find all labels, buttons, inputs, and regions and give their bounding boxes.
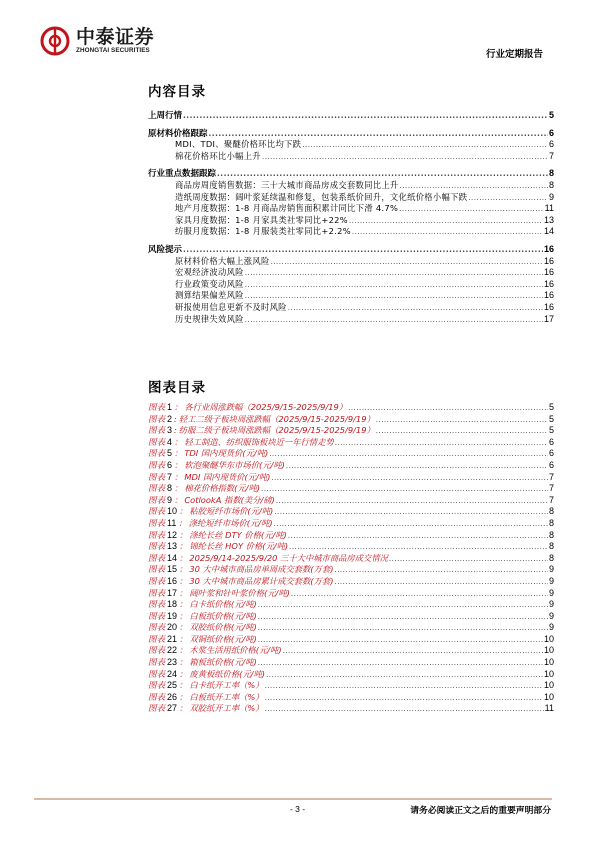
leader-dots — [348, 402, 548, 414]
leader-dots — [271, 256, 543, 268]
figure-entry[interactable]: 图表6：软泡聚醚华东市场价(元/吨)6 — [148, 460, 554, 472]
figure-entry[interactable]: 图表23：箱板纸价格(元/吨)10 — [148, 657, 554, 669]
figure-entry-page: 11 — [545, 703, 554, 715]
figure-caption: 粘胶短纤市场价(元/吨) — [189, 506, 273, 516]
toc-entry-page: 7 — [549, 151, 554, 163]
figure-caption: 30 大中城市商品房累计成交套数(万套) — [189, 576, 333, 586]
leader-dots — [245, 279, 543, 291]
leader-dots — [209, 128, 548, 140]
leader-dots — [269, 448, 548, 460]
figure-prefix: 图表 — [148, 635, 165, 645]
figure-number: 1 — [167, 402, 172, 412]
toc-entry-page: 16 — [544, 256, 554, 268]
figure-prefix: 图表 — [148, 415, 165, 425]
toc-entry-page: 8 — [549, 168, 554, 180]
figure-entry[interactable]: 图表11：涤纶短纤市场价(元/吨)8 — [148, 518, 554, 530]
figure-entry-page: 8 — [549, 541, 554, 553]
toc-entry-page: 11 — [545, 203, 554, 215]
leader-dots — [274, 506, 548, 518]
figure-caption: MDI 国内现货价(元/吨) — [184, 472, 270, 482]
figure-caption: 箱板纸价格(元/吨) — [189, 657, 256, 667]
figure-number: 3 — [167, 425, 172, 435]
toc-entry-label: MDI、TDI、聚醚价格环比均下跌 — [148, 139, 301, 151]
figure-number: 20 — [167, 622, 177, 632]
figure-prefix: 图表 — [148, 461, 165, 471]
figure-separator: ： — [179, 703, 187, 713]
figure-prefix: 图表 — [148, 554, 165, 564]
figure-entry[interactable]: 图表14：2025/9/14-2025/9/20 三十大中城市商品房成交情况8 — [148, 553, 554, 565]
figure-separator: ： — [174, 402, 182, 412]
figure-caption: 30 大中城市商品房单周成交套数(万套) — [189, 564, 333, 574]
figure-number: 2 — [167, 414, 172, 424]
figure-separator: ： — [174, 437, 182, 447]
figure-number: 5 — [167, 448, 172, 458]
toc-entry-label: 研报使用信息更新不及时风险 — [148, 302, 287, 314]
figure-entry[interactable]: 图表9：CotlookA 指数(美分/磅)7 — [148, 495, 554, 507]
figure-caption: 白板纸价格(元/吨) — [189, 611, 256, 621]
figure-entry[interactable]: 图表24：废黄板纸价格(元/吨)10 — [148, 669, 554, 681]
figure-entry-page: 10 — [544, 680, 554, 692]
figure-entry-page: 10 — [544, 657, 554, 669]
figure-separator: ： — [174, 472, 182, 482]
toc-entry-page: 8 — [549, 180, 554, 192]
figure-entry[interactable]: 图表25：白卡纸开工率（%）10 — [148, 680, 554, 692]
figure-entry[interactable]: 图表2:轻工二级子板块周涨跌幅（2025/9/15-2025/9/19）5 — [148, 414, 554, 426]
toc-entry-label: 纺服月度数据：1-8 月服装类社零同比+2.2% — [148, 226, 351, 238]
toc-entry-page: 14 — [544, 226, 554, 238]
leader-dots — [334, 576, 548, 588]
figure-entry[interactable]: 图表10：粘胶短纤市场价(元/吨)8 — [148, 506, 554, 518]
figure-separator: ： — [179, 530, 187, 540]
figure-prefix: 图表 — [148, 600, 165, 610]
figure-separator: ： — [179, 634, 187, 644]
figure-caption: 白卡纸开工率（%） — [189, 680, 263, 690]
figure-entry-page: 9 — [549, 588, 554, 600]
toc-entry[interactable]: 行业重点数据跟踪8 — [148, 168, 554, 180]
figure-entry[interactable]: 图表17：阔叶浆和针叶浆价格(元/吨)9 — [148, 588, 554, 600]
toc-entry-label: 上周行情 — [148, 111, 182, 123]
figures-list: 图表1：各行业周涨跌幅（2025/9/15-2025/9/19）5图表2:轻工二… — [148, 402, 554, 715]
figure-separator: ： — [179, 553, 187, 563]
figure-prefix: 图表 — [148, 704, 165, 714]
figure-prefix: 图表 — [148, 519, 165, 529]
toc-subentry[interactable]: 地产月度数据：1-8 月商品房销售面积累计同比下滑 4.7%11 — [148, 203, 554, 215]
toc-entry-page: 16 — [544, 279, 554, 291]
figure-number: 12 — [167, 530, 177, 540]
toc-entry-page: 16 — [544, 290, 554, 302]
figure-number: 23 — [167, 657, 177, 667]
figure-caption: 轻工制造、纺织服饰板块近一年行情走势 — [184, 437, 333, 447]
figure-entry-page: 7 — [549, 472, 554, 484]
leader-dots — [183, 244, 543, 256]
figure-entry-page: 9 — [549, 576, 554, 588]
figure-prefix: 图表 — [148, 681, 165, 691]
leader-dots — [302, 139, 548, 151]
figure-number: 10 — [167, 506, 177, 516]
figure-entry-page: 10 — [544, 692, 554, 704]
figure-number: 13 — [167, 541, 177, 551]
figure-separator: ： — [174, 495, 182, 505]
leader-dots — [288, 302, 543, 314]
toc-subentry[interactable]: 造纸周度数据：阔叶浆延续温和修复，包装系纸价回升，文化纸价格小幅下跌9 — [148, 192, 554, 204]
figure-number: 16 — [167, 576, 177, 586]
figures-title: 图表目录 — [148, 376, 206, 396]
figure-entry-page: 10 — [544, 669, 554, 681]
toc-entry-page: 6 — [549, 139, 554, 151]
figure-entry[interactable]: 图表12：涤纶长丝 DTY 价格(元/吨)8 — [148, 530, 554, 542]
leader-dots — [274, 518, 548, 530]
figure-entry[interactable]: 图表7：MDI 国内现货价(元/吨)7 — [148, 472, 554, 484]
figure-entry-page: 10 — [544, 634, 554, 646]
figure-entry[interactable]: 图表1：各行业周涨跌幅（2025/9/15-2025/9/19）5 — [148, 402, 554, 414]
figure-separator: ： — [179, 599, 187, 609]
figure-number: 11 — [167, 518, 176, 528]
toc-entry-page: 6 — [549, 128, 554, 140]
figure-separator: : — [174, 425, 177, 435]
figure-prefix: 图表 — [148, 670, 165, 680]
toc-subentry[interactable]: MDI、TDI、聚醚价格环比均下跌6 — [148, 139, 554, 151]
leader-dots — [286, 460, 548, 472]
leader-dots — [183, 110, 548, 122]
figure-separator: ： — [179, 541, 187, 551]
figure-prefix: 图表 — [148, 612, 165, 622]
leader-dots — [265, 680, 543, 692]
toc-entry-page: 17 — [544, 314, 554, 326]
footer-divider — [34, 798, 552, 800]
toc-subentry[interactable]: 原材料价格大幅上涨风险16 — [148, 256, 554, 268]
figure-number: 6 — [167, 460, 172, 470]
toc-subentry[interactable]: 历史规律失效风险17 — [148, 314, 554, 326]
figure-number: 15 — [167, 564, 177, 574]
figure-entry[interactable]: 图表26：白板纸开工率（%）10 — [148, 692, 554, 704]
figure-separator: ： — [179, 506, 187, 516]
figure-caption: TDI 国内现货价(元/吨) — [184, 448, 268, 458]
figure-caption: 涤纶长丝 DTY 价格(元/吨) — [189, 530, 286, 540]
figure-caption: 双铜纸价格(元/吨) — [189, 634, 256, 644]
leader-dots — [468, 192, 548, 204]
leader-dots — [335, 437, 548, 449]
figure-separator: : — [174, 414, 177, 424]
figure-entry[interactable]: 图表3:纺服二级子板块周涨跌幅（2025/9/15-2025/9/19）5 — [148, 425, 554, 437]
toc-entry[interactable]: 上周行情5 — [148, 110, 554, 122]
figure-caption: 2025/9/14-2025/9/20 三十大中城市商品房成交情况 — [189, 553, 388, 563]
toc-entry-label: 行业政策变动风险 — [148, 279, 244, 291]
leader-dots — [376, 425, 548, 437]
toc-entry-label: 原材料价格大幅上涨风险 — [148, 256, 270, 268]
figure-separator: ： — [179, 564, 187, 574]
figure-caption: 白卡纸价格(元/吨) — [189, 599, 256, 609]
leader-dots — [245, 290, 543, 302]
figure-caption: 软泡聚醚华东市场价(元/吨) — [184, 460, 285, 470]
toc-subentry[interactable]: 棉花价格环比小幅上升7 — [148, 151, 554, 163]
toc-entry-label: 地产月度数据：1-8 月商品房销售面积累计同比下滑 4.7% — [148, 203, 398, 215]
figure-entry[interactable]: 图表15：30 大中城市商品房单周成交套数(万套)9 — [148, 564, 554, 576]
toc-entry[interactable]: 原材料价格跟踪6 — [148, 128, 554, 140]
figure-entry[interactable]: 图表22：木浆生活用纸价格(元/吨)10 — [148, 645, 554, 657]
figure-entry-page: 10 — [544, 645, 554, 657]
figure-entry-page: 7 — [549, 483, 554, 495]
zhongtai-logo-icon — [40, 26, 70, 56]
figure-caption: 纺服二级子板块周涨跌幅（2025/9/15-2025/9/19） — [179, 425, 375, 435]
figure-entry-page: 5 — [549, 425, 554, 437]
figure-caption: 涤纶短纤市场价(元/吨) — [189, 518, 273, 528]
leader-dots — [266, 669, 543, 681]
figure-number: 25 — [167, 680, 177, 690]
leader-dots — [258, 657, 543, 669]
figure-number: 26 — [167, 692, 177, 702]
leader-dots — [291, 588, 548, 600]
toc-entry-page: 9 — [549, 192, 554, 204]
toc-subentry[interactable]: 研报使用信息更新不及时风险16 — [148, 302, 554, 314]
figure-prefix: 图表 — [148, 426, 165, 436]
figure-prefix: 图表 — [148, 531, 165, 541]
figure-caption: 阔叶浆和针叶浆价格(元/吨) — [189, 588, 290, 598]
figure-number: 27 — [167, 703, 177, 713]
figure-separator: ： — [174, 483, 182, 493]
leader-dots — [349, 215, 543, 227]
figure-entry-page: 8 — [549, 518, 554, 530]
figure-prefix: 图表 — [148, 646, 165, 656]
figure-separator: ： — [179, 680, 187, 690]
figure-separator: ： — [179, 611, 187, 621]
figure-prefix: 图表 — [148, 438, 165, 448]
figure-entry-page: 8 — [549, 530, 554, 542]
leader-dots — [289, 541, 548, 553]
figure-caption: 双胶纸开工率（%） — [189, 703, 263, 713]
figure-entry-page: 7 — [549, 495, 554, 507]
figure-caption: 各行业周涨跌幅（2025/9/15-2025/9/19） — [184, 402, 347, 412]
figure-separator: ： — [178, 518, 186, 528]
figure-caption: 废黄板纸价格(元/吨) — [189, 669, 265, 679]
figure-prefix: 图表 — [148, 403, 165, 413]
figure-entry-label: 图表27：双胶纸开工率（%） — [148, 703, 264, 716]
figure-separator: ： — [179, 669, 187, 679]
toc-entry-label: 宏观经济波动风险 — [148, 267, 244, 279]
company-logo: 中泰证券 ZHONGTAI SECURITIES — [40, 24, 180, 58]
leader-dots — [245, 314, 543, 326]
leader-dots — [245, 267, 543, 279]
figure-entry-page: 9 — [549, 622, 554, 634]
figure-number: 7 — [167, 472, 172, 482]
figure-separator: ： — [174, 448, 182, 458]
figure-caption: 双胶纸价格(元/吨) — [189, 622, 256, 632]
leader-dots — [258, 611, 548, 623]
figure-separator: ： — [174, 460, 182, 470]
figure-number: 9 — [167, 495, 172, 505]
logo-chinese-name: 中泰证券 — [76, 27, 154, 47]
figure-number: 19 — [167, 611, 177, 621]
leader-dots — [352, 226, 543, 238]
toc-subentry[interactable]: 商品房周度销售数据：三十大城市商品房成交套数同比上升8 — [148, 180, 554, 192]
leader-dots — [288, 530, 548, 542]
leader-dots — [283, 645, 543, 657]
figure-separator: ： — [179, 645, 187, 655]
figure-entry[interactable]: 图表13：锦纶长丝 HOY 价格(元/吨)8 — [148, 541, 554, 553]
figure-entry[interactable]: 图表19：白板纸价格(元/吨)9 — [148, 611, 554, 623]
leader-dots — [271, 472, 548, 484]
toc-entry-label: 造纸周度数据：阔叶浆延续温和修复，包装系纸价回升，文化纸价格小幅下跌 — [148, 192, 467, 204]
figure-prefix: 图表 — [148, 542, 165, 552]
figure-entry[interactable]: 图表5：TDI 国内现货价(元/吨)6 — [148, 448, 554, 460]
figure-prefix: 图表 — [148, 693, 165, 703]
toc-entry-label: 历史规律失效风险 — [148, 314, 244, 326]
toc-entry-label: 家具月度数据：1-8 月家具类社零同比+22% — [148, 215, 348, 227]
leader-dots — [399, 203, 544, 215]
figure-entry[interactable]: 图表21：双铜纸价格(元/吨)10 — [148, 634, 554, 646]
figure-entry[interactable]: 图表18：白卡纸价格(元/吨)9 — [148, 599, 554, 611]
figure-entry[interactable]: 图表8：棉花价格指数(元/吨)7 — [148, 483, 554, 495]
figure-prefix: 图表 — [148, 507, 165, 517]
toc-entry-page: 16 — [544, 244, 554, 256]
figure-number: 4 — [167, 437, 172, 447]
leader-dots — [265, 703, 544, 715]
figure-entry-page: 6 — [549, 448, 554, 460]
figure-caption: 轻工二级子板块周涨跌幅（2025/9/15-2025/9/19） — [179, 414, 375, 424]
figure-entry-page: 6 — [549, 460, 554, 472]
figure-entry-page: 5 — [549, 402, 554, 414]
toc-entry-page: 5 — [549, 110, 554, 122]
figure-prefix: 图表 — [148, 623, 165, 633]
figure-prefix: 图表 — [148, 565, 165, 575]
figure-prefix: 图表 — [148, 658, 165, 668]
figure-separator: ： — [179, 588, 187, 598]
figure-number: 14 — [167, 553, 177, 563]
figure-entry-page: 6 — [549, 437, 554, 449]
leader-dots — [217, 168, 548, 180]
figure-entry[interactable]: 图表16：30 大中城市商品房累计成交套数(万套)9 — [148, 576, 554, 588]
contents-title: 内容目录 — [148, 80, 206, 100]
figure-separator: ： — [179, 692, 187, 702]
figure-separator: ： — [179, 657, 187, 667]
figure-prefix: 图表 — [148, 577, 165, 587]
figure-caption: 木浆生活用纸价格(元/吨) — [189, 645, 281, 655]
disclaimer-text: 请务必阅读正文之后的重要声明部分 — [410, 803, 551, 816]
figure-number: 18 — [167, 599, 177, 609]
figure-entry-page: 8 — [549, 553, 554, 565]
figure-entry-page: 5 — [549, 414, 554, 426]
figure-entry[interactable]: 图表20：双胶纸价格(元/吨)9 — [148, 622, 554, 634]
toc-subentry[interactable]: 宏观经济波动风险16 — [148, 267, 554, 279]
toc-subentry[interactable]: 测算结果偏差风险16 — [148, 290, 554, 302]
figure-prefix: 图表 — [148, 449, 165, 459]
toc-subentry[interactable]: 行业政策变动风险16 — [148, 279, 554, 291]
figure-caption: 锦纶长丝 HOY 价格(元/吨) — [189, 541, 288, 551]
figure-prefix: 图表 — [148, 473, 165, 483]
toc-entry-page: 16 — [544, 302, 554, 314]
leader-dots — [400, 180, 548, 192]
figure-prefix: 图表 — [148, 496, 165, 506]
toc-entry-page: 13 — [544, 215, 554, 227]
toc-entry-page: 16 — [544, 267, 554, 279]
leader-dots — [261, 483, 548, 495]
leader-dots — [265, 692, 543, 704]
logo-english-name: ZHONGTAI SECURITIES — [76, 47, 154, 55]
figure-entry-page: 9 — [549, 564, 554, 576]
figure-caption: CotlookA 指数(美分/磅) — [184, 495, 274, 505]
leader-dots — [258, 634, 543, 646]
figure-number: 22 — [167, 645, 177, 655]
toc-entry-label: 棉花价格环比小幅上升 — [148, 151, 261, 163]
figure-number: 17 — [167, 588, 177, 598]
toc-entry[interactable]: 风险提示16 — [148, 244, 554, 256]
contents-list: 上周行情5 原材料价格跟踪6 MDI、TDI、聚醚价格环比均下跌6 棉花价格环比… — [148, 110, 554, 325]
toc-entry-label: 商品房周度销售数据：三十大城市商品房成交套数同比上升 — [148, 180, 399, 192]
figure-caption: 白板纸开工率（%） — [189, 692, 263, 702]
leader-dots — [334, 564, 548, 576]
toc-subentry[interactable]: 纺服月度数据：1-8 月服装类社零同比+2.2%14 — [148, 226, 554, 238]
figure-number: 24 — [167, 669, 177, 679]
figure-prefix: 图表 — [148, 484, 165, 494]
figure-separator: ： — [179, 622, 187, 632]
figure-prefix: 图表 — [148, 589, 165, 599]
figure-entry[interactable]: 图表4：轻工制造、纺织服饰板块近一年行情走势6 — [148, 437, 554, 449]
report-type-label: 行业定期报告 — [486, 46, 543, 60]
figure-number: 21 — [167, 634, 177, 644]
leader-dots — [258, 599, 548, 611]
leader-dots — [376, 414, 548, 426]
figure-entry[interactable]: 图表27：双胶纸开工率（%）11 — [148, 703, 554, 715]
figure-entry-page: 9 — [549, 611, 554, 623]
leader-dots — [276, 495, 548, 507]
toc-subentry[interactable]: 家具月度数据：1-8 月家具类社零同比+22%13 — [148, 215, 554, 227]
figure-number: 8 — [167, 483, 172, 493]
leader-dots — [389, 553, 548, 565]
leader-dots — [258, 622, 548, 634]
toc-entry-label: 测算结果偏差风险 — [148, 290, 244, 302]
figure-entry-page: 8 — [549, 506, 554, 518]
figure-separator: ： — [179, 576, 187, 586]
leader-dots — [262, 151, 548, 163]
figure-caption: 棉花价格指数(元/吨) — [184, 483, 260, 493]
figure-entry-page: 9 — [549, 599, 554, 611]
